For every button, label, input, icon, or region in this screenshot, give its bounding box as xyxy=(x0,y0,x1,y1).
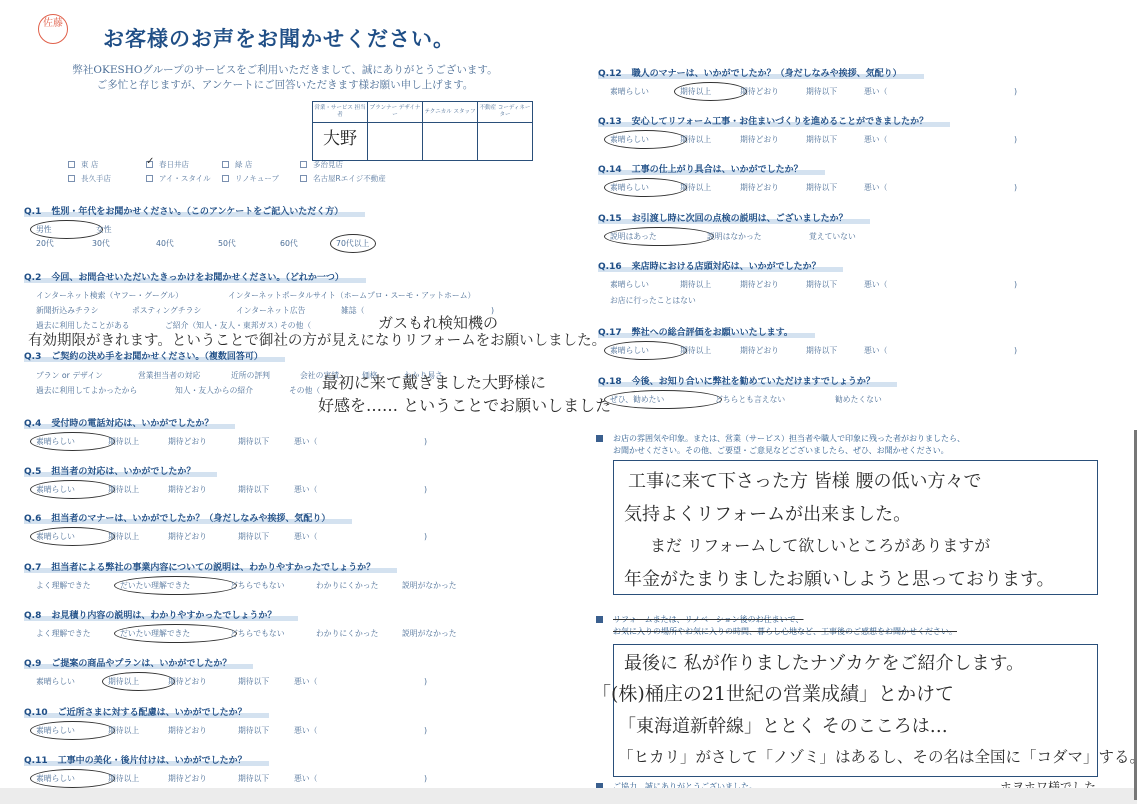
option-bad[interactable]: 悪い（ xyxy=(864,86,1014,97)
branch-label: 長久手店 xyxy=(81,173,111,184)
question-13: Q.13安心してリフォーム工事・お住まいづくりを進めることができましたか？ 素晴… xyxy=(598,109,1017,145)
question-heading: Q.1性別・年代をお聞かせください。（このアンケートをご記入いただく方） xyxy=(24,204,365,217)
option-as-expected[interactable]: 期待どおり xyxy=(740,279,806,290)
staff-value-realestate[interactable] xyxy=(478,123,533,161)
option-above-expectation[interactable]: 期待以上 xyxy=(680,345,740,356)
option-male[interactable]: 男性 xyxy=(36,224,96,235)
option-excellent[interactable]: 素晴らしい xyxy=(36,484,108,495)
branch-label: リノキューブ xyxy=(235,173,279,184)
close-paren: ) xyxy=(424,726,427,735)
square-bullet-icon xyxy=(596,616,603,623)
question-heading: Q.10ご近所さまに対する配慮は、いかがでしたか？ xyxy=(24,705,269,718)
option-internet-search[interactable]: インターネット検索（ヤフー・グーグル） xyxy=(36,290,228,301)
close-paren: ) xyxy=(1014,280,1017,289)
handwritten-name: 大野 xyxy=(323,129,357,149)
comment-line: 最後に 私が作りましたナゾカケをご紹介します。 xyxy=(624,649,1024,675)
option-portal-site[interactable]: インターネットポータルサイト（ホームプロ・スーモ・アットホーム） xyxy=(228,290,475,301)
intro-line-1: 弊社OKESHOグループのサービスをご利用いただきまして、誠にありがとうございま… xyxy=(45,63,525,78)
question-heading: Q.18今後、お知り合いに弊社を勧めていただけますでしょうか？ xyxy=(598,374,897,387)
comment-line: 年金がたまりましたお願いしようと思っております。 xyxy=(624,565,1055,591)
checkbox-icon[interactable] xyxy=(222,161,229,168)
question-heading: Q.12職人のマナーは、いかがでしたか？（身だしなみや挨拶、気配り） xyxy=(598,66,924,79)
question-14: Q.14工事の仕上がり具合は、いかがでしたか？ 素晴らしい 期待以上 期待どおり… xyxy=(598,157,1017,193)
option-above-expectation[interactable]: 期待以上 xyxy=(108,436,168,447)
checkbox-icon[interactable] xyxy=(300,161,307,168)
intro-line-2: ご多忙と存じますが、アンケートにご回答いただきます様お願い申し上げます。 xyxy=(45,78,525,93)
option-internet-ad[interactable]: インターネット広告 xyxy=(236,305,341,316)
checkbox-icon[interactable] xyxy=(68,161,75,168)
option-excellent[interactable]: 素晴らしい xyxy=(610,134,680,145)
option-50s[interactable]: 50代 xyxy=(218,238,280,249)
option-bad[interactable]: 悪い（ xyxy=(294,773,424,784)
option-below-expectation[interactable]: 期待以下 xyxy=(806,134,864,145)
branch-label: 春日井店 xyxy=(159,159,189,170)
close-paren: ) xyxy=(424,485,427,494)
option-dont-remember[interactable]: 覚えていない xyxy=(809,231,856,242)
close-paren: ) xyxy=(424,677,427,686)
question-6: Q.6担当者のマナーは、いかがでしたか？（身だしなみや挨拶、気配り） 素晴らしい… xyxy=(24,506,427,542)
option-bad[interactable]: 悪い（ xyxy=(294,484,424,495)
option-above-expectation[interactable]: 期待以上 xyxy=(108,773,168,784)
option-other[interactable]: その他（ xyxy=(289,385,320,396)
option-below-expectation[interactable]: 期待以下 xyxy=(238,773,294,784)
option-as-expected[interactable]: 期待どおり xyxy=(740,182,806,193)
question-heading: Q.13安心してリフォーム工事・お住まいづくりを進めることができましたか？ xyxy=(598,114,950,127)
checkbox-icon[interactable] xyxy=(68,175,75,182)
page-bottom-margin xyxy=(0,788,1137,804)
question-9: Q.9ご提案の商品やプランは、いかがでしたか？ 素晴らしい 期待以上 期待どおり… xyxy=(24,651,427,687)
option-undecided[interactable]: どちらとも言えない xyxy=(715,394,835,405)
staff-value-sales[interactable]: 大野 xyxy=(313,123,368,161)
page-title: お客様のお声をお聞かせください。 xyxy=(103,23,455,53)
option-above-expectation[interactable]: 期待以上 xyxy=(108,725,168,736)
option-understood-well[interactable]: よく理解できた xyxy=(36,628,120,639)
impression-comment-box[interactable]: 工事に来て下さった方 皆様 腰の低い方々で 気持よくリフォームが出来ました。 ま… xyxy=(613,460,1098,595)
comment-line: 「ヒカリ」がさして「ノゾミ」はあるし、その名は全国に「コダマ」する。 xyxy=(618,745,1137,767)
question-heading: Q.3ご契約の決め手をお聞かせください。（複数回答可） xyxy=(24,349,285,362)
staff-value-technical[interactable] xyxy=(423,123,478,161)
option-plan-design[interactable]: プラン or デザイン xyxy=(36,370,138,381)
close-paren: ) xyxy=(424,532,427,541)
close-paren: ) xyxy=(1014,346,1017,355)
option-above-expectation[interactable]: 期待以上 xyxy=(108,531,168,542)
staff-header-realestate: 不動産 コーディネーター xyxy=(478,102,533,123)
option-posting-flyer[interactable]: ポスティングチラシ xyxy=(132,305,236,316)
option-below-expectation[interactable]: 期待以下 xyxy=(238,484,294,495)
staff-header-technical: テクニカル スタッフ xyxy=(423,102,478,123)
option-excellent[interactable]: 素晴らしい xyxy=(36,436,108,447)
staff-header-sales: 営業・サービス 担当者 xyxy=(313,102,368,123)
comment-line: 工事に来て下さった方 皆様 腰の低い方々で xyxy=(628,467,981,493)
after-reform-comment-box[interactable]: 最後に 私が作りましたナゾカケをご紹介します。 「(株)桶庄の21世紀の営業成績… xyxy=(613,644,1098,777)
comment-line: 「(株)桶庄の21世紀の営業成績」とかけて xyxy=(592,679,954,706)
square-bullet-icon xyxy=(596,435,603,442)
option-definitely-recommend[interactable]: ぜひ、勧めたい xyxy=(610,394,715,405)
option-as-expected[interactable]: 期待どおり xyxy=(168,484,238,495)
branch-label: 名古屋Rエイジ不動産 xyxy=(313,173,386,184)
option-bad[interactable]: 悪い（ xyxy=(294,436,424,447)
comment-line: 「東海道新幹線」ととく そのこころは… xyxy=(618,712,948,738)
option-excellent[interactable]: 素晴らしい xyxy=(36,773,108,784)
branch-nagoya-r-age[interactable]: 名古屋Rエイジ不動産 xyxy=(300,173,420,184)
question-16: Q.16来店時における店頭対応は、いかがでしたか？ 素晴らしい 期待以上 期待ど… xyxy=(598,254,1017,306)
option-excellent[interactable]: 素晴らしい xyxy=(36,676,108,687)
option-70s-plus[interactable]: 70代以上 xyxy=(336,238,369,249)
after-reform-prompt: リフォームまたは、リノベーション後のお住まいで、 お気に入りの場所やお気に入りの… xyxy=(596,614,957,638)
close-paren: ) xyxy=(1014,135,1017,144)
checkbox-icon[interactable] xyxy=(222,175,229,182)
survey-page: 佐藤 お客様のお声をお聞かせください。 弊社OKESHOグループのサービスをご利… xyxy=(0,0,1137,788)
branch-label: 多治見店 xyxy=(313,159,343,170)
option-wont-recommend[interactable]: 勧めたくない xyxy=(835,394,882,405)
option-not-explained[interactable]: 説明はなかった xyxy=(707,231,809,242)
option-bad[interactable]: 悪い（ xyxy=(864,134,1014,145)
option-above-expectation[interactable]: 期待以上 xyxy=(680,279,740,290)
option-30s[interactable]: 30代 xyxy=(92,238,156,249)
branch-renocube[interactable]: リノキューブ xyxy=(222,173,300,184)
question-15: Q.15お引渡し時に次回の点検の説明は、ございましたか？ 説明はあった 説明はな… xyxy=(598,206,870,242)
question-heading: Q.5担当者の対応は、いかがでしたか？ xyxy=(24,464,217,477)
question-heading: Q.16来店時における店頭対応は、いかがでしたか？ xyxy=(598,259,843,272)
option-as-expected[interactable]: 期待どおり xyxy=(168,436,238,447)
option-excellent[interactable]: 素晴らしい xyxy=(610,86,680,97)
option-as-expected[interactable]: 期待どおり xyxy=(168,773,238,784)
option-below-expectation[interactable]: 期待以下 xyxy=(806,345,864,356)
q3-handwritten-other-1: 最初に来て戴きました大野様に xyxy=(322,370,546,393)
option-as-expected[interactable]: 期待どおり xyxy=(168,725,238,736)
option-neutral[interactable]: どちらでもない xyxy=(230,628,316,639)
question-heading: Q.15お引渡し時に次回の点検の説明は、ございましたか？ xyxy=(598,211,870,224)
question-heading: Q.14工事の仕上がり具合は、いかがでしたか？ xyxy=(598,162,825,175)
option-above-expectation[interactable]: 期待以上 xyxy=(680,86,740,97)
question-8: Q.8お見積り内容の説明は、わかりやすかったでしょうか？ よく理解できた だいた… xyxy=(24,603,457,639)
checkbox-checked-icon[interactable] xyxy=(146,161,153,168)
checkbox-icon[interactable] xyxy=(300,175,307,182)
branch-label: アイ・スタイル xyxy=(159,173,211,184)
option-bad[interactable]: 悪い（ xyxy=(864,279,1014,290)
option-excellent[interactable]: 素晴らしい xyxy=(610,182,680,193)
option-bad[interactable]: 悪い（ xyxy=(294,725,424,736)
question-4: Q.4受付時の電話対応は、いかがでしたか？ 素晴らしい 期待以上 期待どおり 期… xyxy=(24,411,427,447)
option-never-visited[interactable]: お店に行ったことはない xyxy=(610,295,696,306)
intro-text: 弊社OKESHOグループのサービスをご利用いただきまして、誠にありがとうございま… xyxy=(45,63,525,93)
branch-midori[interactable]: 緑 店 xyxy=(222,159,300,170)
branch-nagakute[interactable]: 長久手店 xyxy=(68,173,146,184)
option-bad[interactable]: 悪い（ xyxy=(294,676,424,687)
comment-line: まだ リフォームして欲しいところがありますが xyxy=(650,533,990,556)
question-11: Q.11工事中の美化・後片付けは、いかがでしたか？ 素晴らしい 期待以上 期待ど… xyxy=(24,748,427,784)
close-paren: ) xyxy=(424,774,427,783)
branch-higashi[interactable]: 東 店 xyxy=(68,159,146,170)
option-as-expected[interactable]: 期待どおり xyxy=(740,134,806,145)
option-as-expected[interactable]: 期待どおり xyxy=(740,345,806,356)
option-excellent[interactable]: 素晴らしい xyxy=(36,725,108,736)
option-below-expectation[interactable]: 期待以下 xyxy=(806,86,864,97)
option-as-expected[interactable]: 期待どおり xyxy=(740,86,806,97)
option-below-expectation[interactable]: 期待以下 xyxy=(238,725,294,736)
option-mostly-understood[interactable]: だいたい理解できた xyxy=(120,580,230,591)
option-excellent[interactable]: 素晴らしい xyxy=(36,531,108,542)
option-below-expectation[interactable]: 期待以下 xyxy=(238,436,294,447)
option-as-expected[interactable]: 期待どおり xyxy=(168,531,238,542)
branch-checklist: 東 店 春日井店 緑 店 多治見店 長久手店 アイ・スタイル リノキューブ 名古… xyxy=(68,159,420,187)
question-heading: Q.9ご提案の商品やプランは、いかがでしたか？ xyxy=(24,656,253,669)
close-paren: ) xyxy=(424,437,427,446)
option-past-good[interactable]: 過去に利用してよかったから xyxy=(36,385,175,396)
option-newspaper-flyer[interactable]: 新聞折込みチラシ xyxy=(36,305,132,316)
option-friend-referral[interactable]: 知人・友人からの紹介 xyxy=(175,385,289,396)
option-60s[interactable]: 60代 xyxy=(280,238,336,249)
question-heading: Q.8お見積り内容の説明は、わかりやすかったでしょうか？ xyxy=(24,608,298,621)
option-explained[interactable]: 説明はあった xyxy=(610,231,707,242)
branch-label: 緑 店 xyxy=(235,159,252,170)
option-bad[interactable]: 悪い（ xyxy=(864,182,1014,193)
question-heading: Q.17弊社への総合評価をお願いいたします。 xyxy=(598,325,815,338)
question-18: Q.18今後、お知り合いに弊社を勧めていただけますでしょうか？ ぜひ、勧めたい … xyxy=(598,369,897,405)
option-below-expectation[interactable]: 期待以下 xyxy=(806,182,864,193)
branch-kasugai[interactable]: 春日井店 xyxy=(146,159,222,170)
staff-value-planner[interactable] xyxy=(368,123,423,161)
question-heading: Q.6担当者のマナーは、いかがでしたか？（身だしなみや挨拶、気配り） xyxy=(24,511,352,524)
option-sales-response[interactable]: 営業担当者の対応 xyxy=(138,370,231,381)
option-20s[interactable]: 20代 xyxy=(36,238,92,249)
option-no-explanation[interactable]: 説明がなかった xyxy=(402,580,457,591)
option-understood-well[interactable]: よく理解できた xyxy=(36,580,120,591)
option-below-expectation[interactable]: 期待以下 xyxy=(238,531,294,542)
option-above-expectation[interactable]: 期待以上 xyxy=(680,182,740,193)
question-17: Q.17弊社への総合評価をお願いいたします。 素晴らしい 期待以上 期待どおり … xyxy=(598,320,1017,356)
checkbox-icon[interactable] xyxy=(146,175,153,182)
option-above-expectation[interactable]: 期待以上 xyxy=(108,676,168,687)
comment-line: 気持よくリフォームが出来ました。 xyxy=(624,500,911,526)
question-10: Q.10ご近所さまに対する配慮は、いかがでしたか？ 素晴らしい 期待以上 期待ど… xyxy=(24,700,427,736)
question-heading: Q.11工事中の美化・後片付けは、いかがでしたか？ xyxy=(24,753,269,766)
question-heading: Q.2今回、お問合せいただいたきっかけをお聞かせください。（どれか一つ） xyxy=(24,270,366,283)
option-excellent[interactable]: 素晴らしい xyxy=(610,345,680,356)
option-mostly-understood[interactable]: だいたい理解できた xyxy=(120,628,230,639)
branch-label: 東 店 xyxy=(81,159,98,170)
question-5: Q.5担当者の対応は、いかがでしたか？ 素晴らしい 期待以上 期待どおり 期待以… xyxy=(24,459,427,495)
option-bad[interactable]: 悪い（ xyxy=(864,345,1014,356)
option-female[interactable]: 女性 xyxy=(96,224,112,235)
option-above-expectation[interactable]: 期待以上 xyxy=(680,134,740,145)
question-12: Q.12職人のマナーは、いかがでしたか？（身だしなみや挨拶、気配り） 素晴らしい… xyxy=(598,61,1017,97)
option-as-expected[interactable]: 期待どおり xyxy=(168,676,238,687)
staff-header-planner: プランナー デザイナー xyxy=(368,102,423,123)
close-paren: ) xyxy=(1014,87,1017,96)
option-above-expectation[interactable]: 期待以上 xyxy=(108,484,168,495)
option-bad[interactable]: 悪い（ xyxy=(294,531,424,542)
question-1: Q.1性別・年代をお聞かせください。（このアンケートをご記入いただく方） 男性 … xyxy=(24,199,369,249)
question-heading: Q.4受付時の電話対応は、いかがでしたか？ xyxy=(24,416,235,429)
option-below-expectation[interactable]: 期待以下 xyxy=(806,279,864,290)
option-hard-to-understand[interactable]: わかりにくかった xyxy=(316,628,402,639)
question-7: Q.7担当者による弊社の事業内容についての説明は、わかりやすかったでしょうか？ … xyxy=(24,555,457,591)
option-neighborhood-reputation[interactable]: 近所の評判 xyxy=(231,370,300,381)
impression-prompt: お店の雰囲気や印象。または、営業（サービス）担当者や職人で印象に残った者がおりま… xyxy=(596,433,965,457)
close-paren: ) xyxy=(1014,183,1017,192)
option-excellent[interactable]: 素晴らしい xyxy=(610,279,680,290)
option-below-expectation[interactable]: 期待以下 xyxy=(238,676,294,687)
branch-i-style[interactable]: アイ・スタイル xyxy=(146,173,222,184)
option-no-explanation[interactable]: 説明がなかった xyxy=(402,628,457,639)
option-neutral[interactable]: どちらでもない xyxy=(230,580,316,591)
staff-table: 営業・サービス 担当者 プランナー デザイナー テクニカル スタッフ 不動産 コ… xyxy=(312,101,533,161)
branch-tajimi[interactable]: 多治見店 xyxy=(300,159,378,170)
question-heading: Q.7担当者による弊社の事業内容についての説明は、わかりやすかったでしょうか？ xyxy=(24,560,397,573)
seal-stamp: 佐藤 xyxy=(38,14,68,44)
option-40s[interactable]: 40代 xyxy=(156,238,218,249)
option-hard-to-understand[interactable]: わかりにくかった xyxy=(316,580,402,591)
